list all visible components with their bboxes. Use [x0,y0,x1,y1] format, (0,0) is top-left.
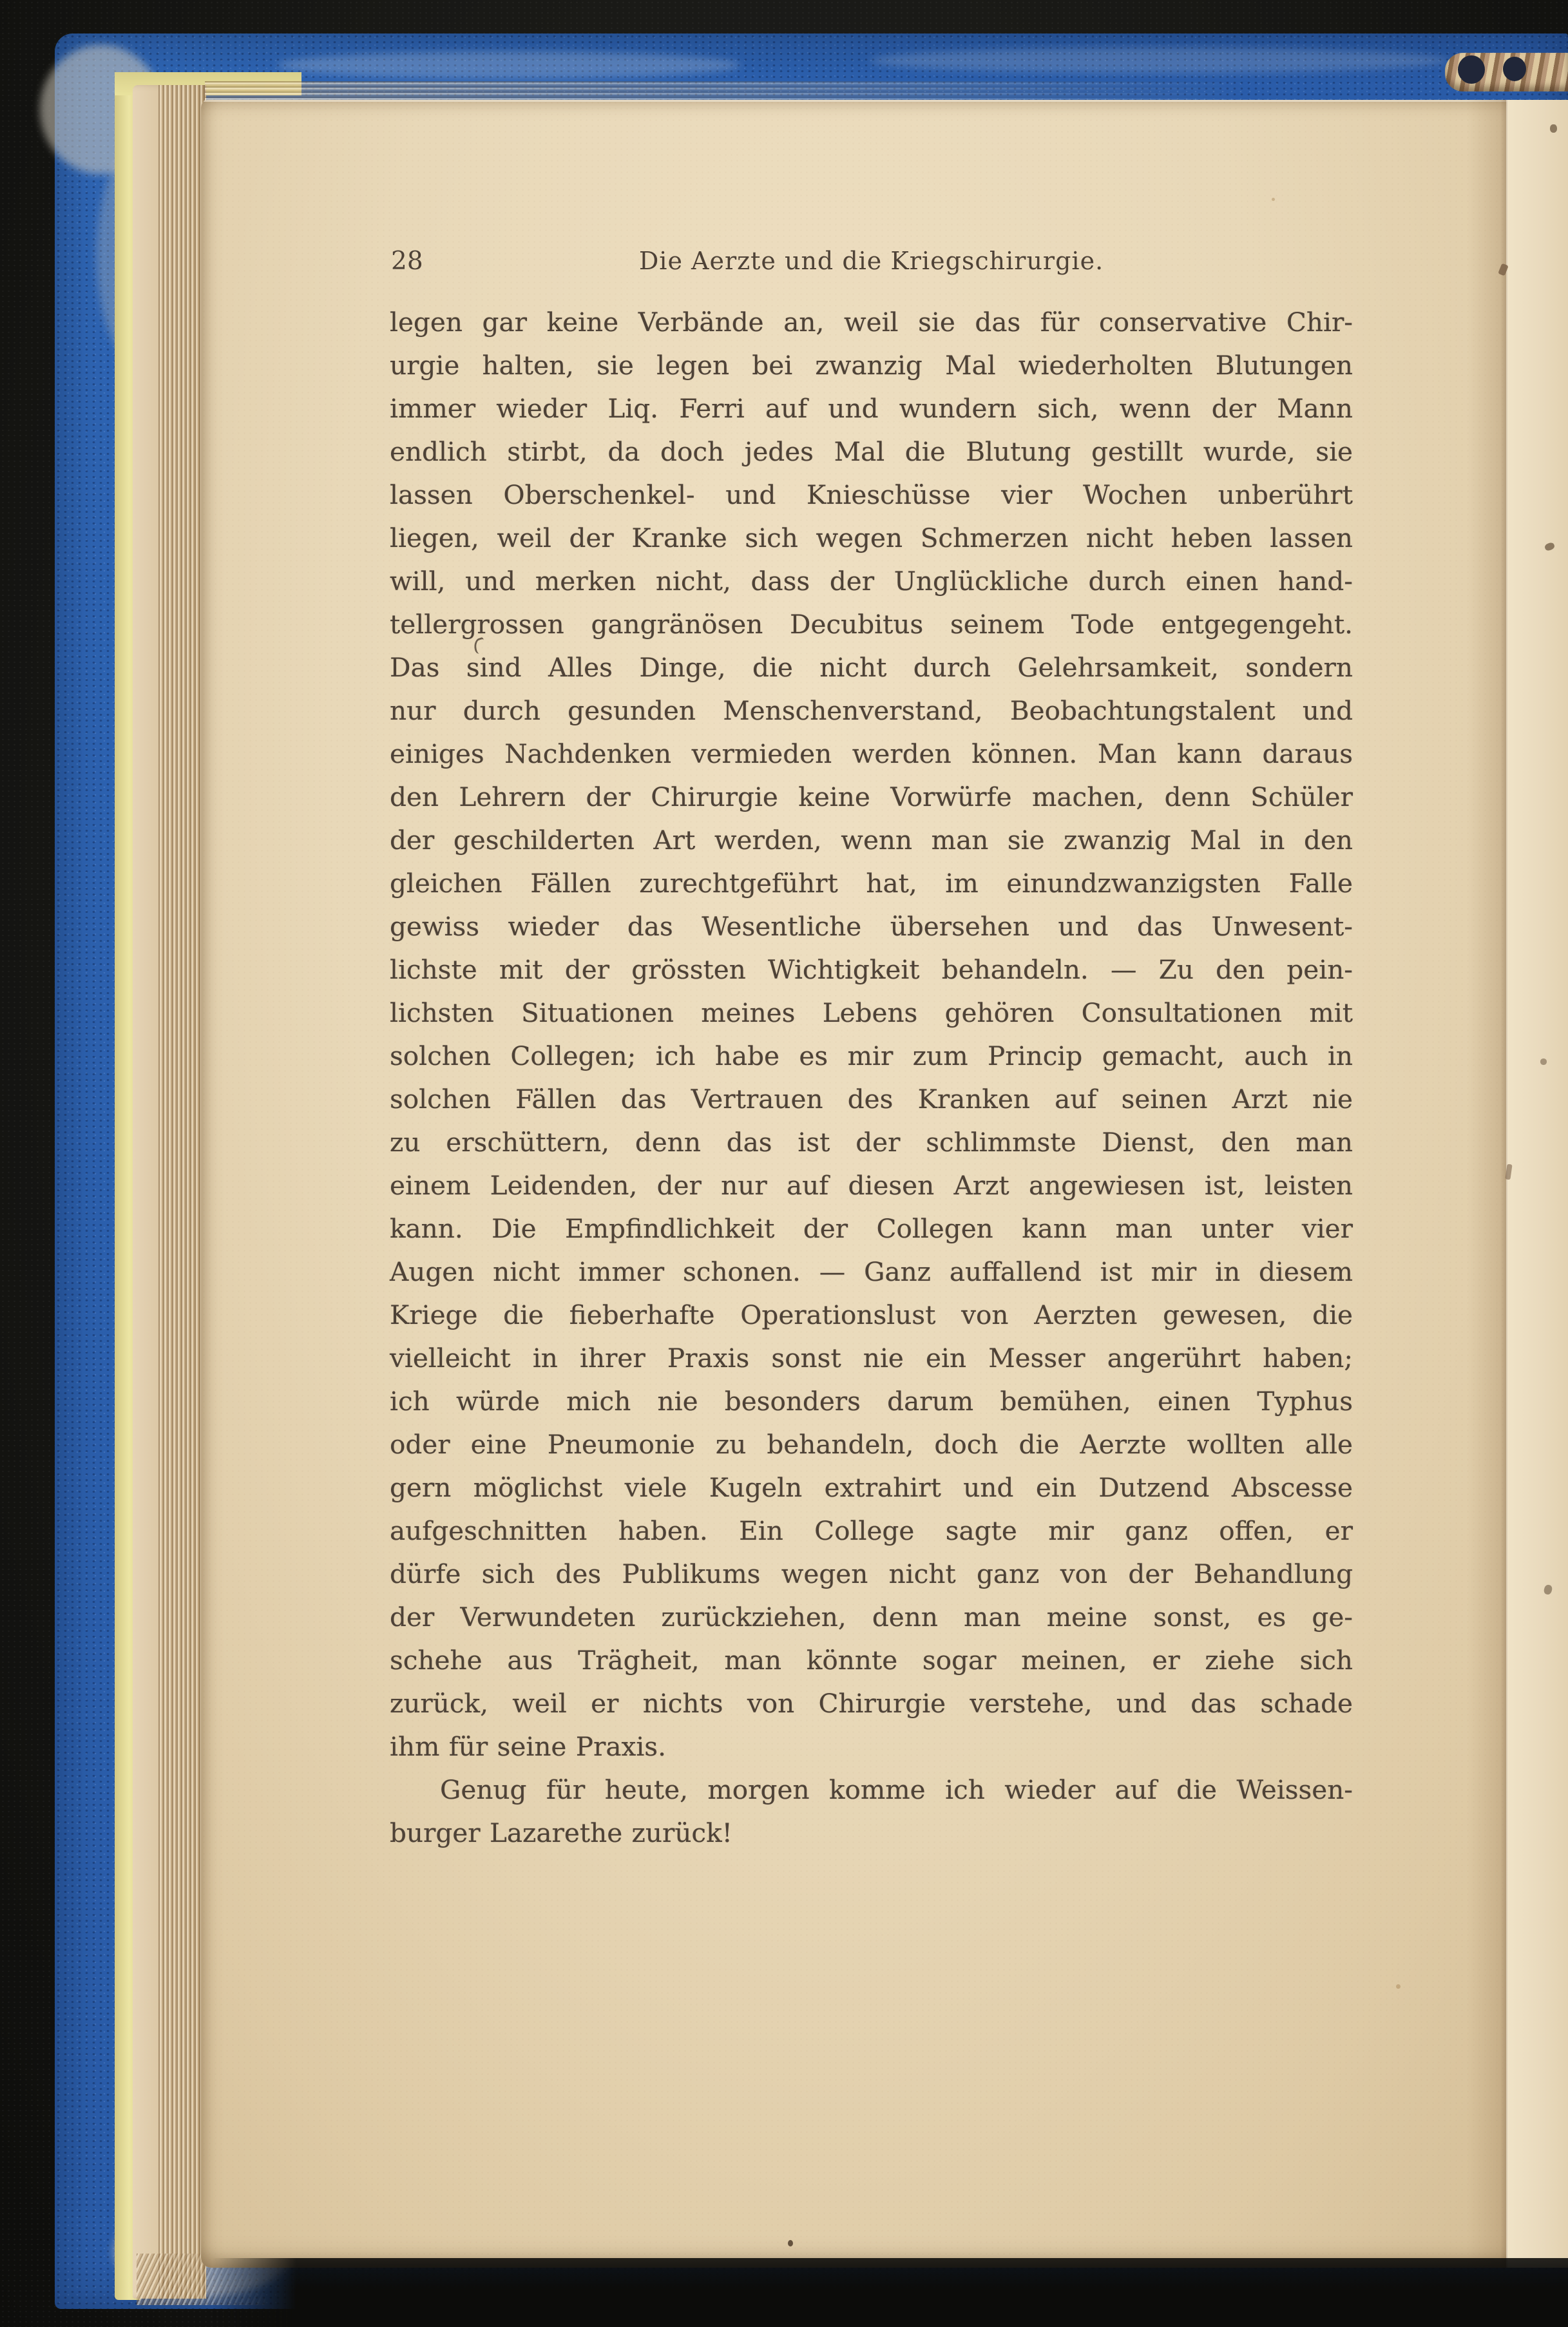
text-line: ich würde mich nie besonders darum bemüh… [390,1380,1353,1423]
text-line: gern möglichst viele Kugeln extrahirt un… [390,1466,1353,1509]
text-line: einem Leidenden, der nur auf diesen Arzt… [390,1164,1353,1207]
text-line: burger Lazarethe zurück! [390,1812,1353,1855]
text-line: vielleicht in ihrer Praxis sonst nie ein… [390,1337,1353,1380]
adjacent-page-surface [1507,100,1568,2268]
text-line: ihm für seine Praxis. [390,1725,1353,1768]
text-line: einiges Nachdenken vermieden werden könn… [390,733,1353,776]
spine-headband [1445,53,1568,91]
text-line: lichste mit der grössten Wichtigkeit beh… [390,948,1353,991]
running-title: Die Aerzte und die Kriegschirurgie. [390,247,1353,275]
text-line: dürfe sich des Publikums wegen nicht gan… [390,1553,1353,1596]
text-line: zurück, weil er nichts von Chirurgie ver… [390,1682,1353,1725]
text-line: urgie halten, sie legen bei zwanzig Mal … [390,344,1353,387]
text-line: nur durch gesunden Menschenverstand, Beo… [390,689,1353,733]
text-line: der Verwundeten zurückziehen, denn man m… [390,1596,1353,1639]
text-line: zu erschüttern, denn das ist der schlimm… [390,1121,1353,1164]
text-line: Augen nicht immer schonen. — Ganz auffal… [390,1250,1353,1294]
gutter-crease-shadow [1467,100,1507,2268]
text-line: schehe aus Trägheit, man könnte sogar me… [390,1639,1353,1682]
page-header: 28 Die Aerzte und die Kriegschirurgie. [390,247,1353,280]
book-page: 28 Die Aerzte und die Kriegschirurgie. l… [201,100,1568,2268]
paper-freckle [1272,198,1275,201]
text-line: aufgeschnitten haben. Ein College sagte … [390,1509,1353,1553]
text-line: Das sind Alles Dinge, die nicht durch Ge… [390,646,1353,689]
paragraph: legen gar keine Verbände an, weil sie da… [390,301,1353,1768]
text-line: lichsten Situationen meines Lebens gehör… [390,991,1353,1035]
text-line: gewiss wieder das Wesentliche übersehen … [390,905,1353,948]
text-line: immer wieder Liq. Ferri auf und wundern … [390,387,1353,430]
text-line: solchen Fällen das Vertrauen des Kranken… [390,1078,1353,1121]
text-line: endlich stirbt, da doch jedes Mal die Bl… [390,430,1353,474]
text-block: legen gar keine Verbände an, weil sie da… [390,301,1353,1855]
paragraph: Genug für heute, morgen komme ich wieder… [390,1768,1353,1855]
cover-top-wear [870,48,1449,73]
text-line: liegen, weil der Kranke sich wegen Schme… [390,517,1353,560]
text-line: kann. Die Empfindlichkeit der Collegen k… [390,1207,1353,1250]
paper-speck [1540,1058,1547,1065]
paper-freckle [1396,1984,1401,1989]
text-line: den Lehrern der Chirurgie keine Vorwürfe… [390,776,1353,819]
text-line: tellergrossen gangränösen Decubitus sein… [390,603,1353,646]
ink-dot [788,2240,793,2246]
text-line: Genug für heute, morgen komme ich wieder… [390,1768,1353,1812]
text-line: will, und merken nicht, dass der Unglück… [390,560,1353,603]
text-line: oder eine Pneumonie zu behandeln, doch d… [390,1423,1353,1466]
text-line: der geschilderten Art werden, wenn man s… [390,819,1353,862]
text-line: Kriege die fieberhafte Operationslust vo… [390,1294,1353,1337]
page-edges-left [133,85,206,2299]
photo-background: 28 Die Aerzte und die Kriegschirurgie. l… [0,0,1568,2327]
cover-top-wear [277,52,741,79]
text-line: gleichen Fällen zurechtgeführt hat, im e… [390,862,1353,905]
paper-speck [1550,124,1557,133]
text-line: solchen Collegen; ich habe es mir zum Pr… [390,1035,1353,1078]
bottom-shadow [213,2258,1568,2327]
text-line: lassen Oberschenkel- und Knieschüsse vie… [390,474,1353,517]
text-line: legen gar keine Verbände an, weil sie da… [390,301,1353,344]
